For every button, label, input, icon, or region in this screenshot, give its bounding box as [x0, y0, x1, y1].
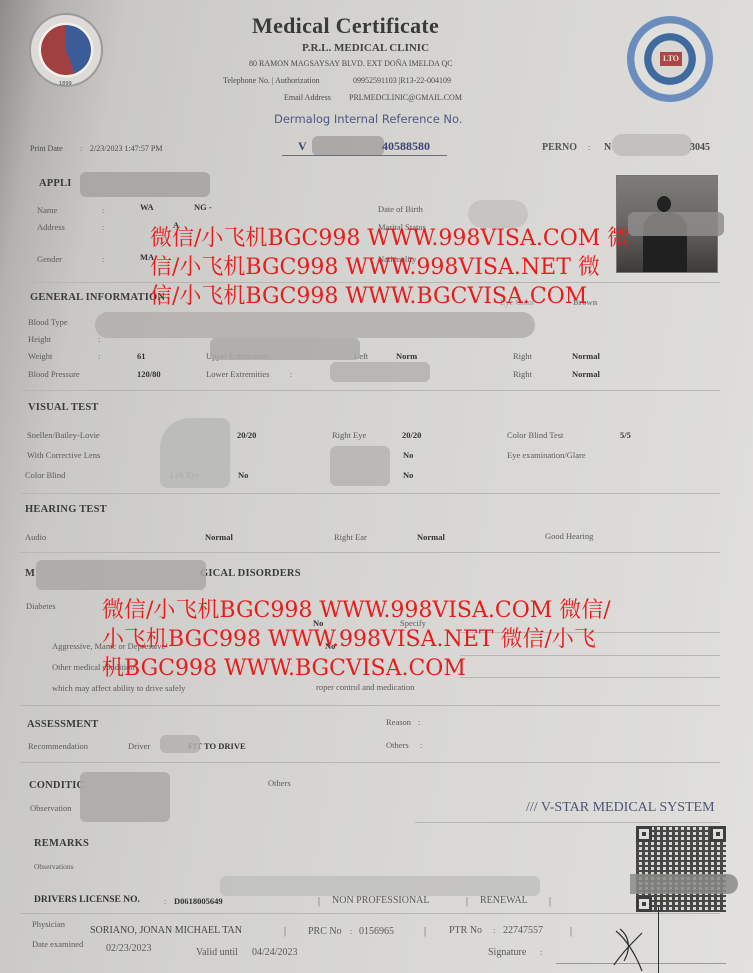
clinic-name: P.R.L. MEDICAL CLINIC [302, 42, 429, 54]
email-value: PRLMEDCLINIC@GMAIL.COM [349, 93, 462, 102]
prc-number: 0156965 [359, 926, 394, 937]
disorders-title: GICAL DISORDERS [200, 568, 301, 579]
perno-suffix: 3045 [690, 142, 710, 153]
print-date-label: Print Date [30, 144, 63, 153]
telephone-value: 09952591103 |R13-22-004109 [353, 76, 451, 85]
corrective-lens-value: No [403, 450, 413, 460]
license-type: NON PROFESSIONAL [332, 895, 430, 906]
ptr-number: 22747557 [503, 925, 543, 936]
watermark-block-1: 微信/小飞机BGC998 WWW.998VISA.COM 微 信/小飞机BGC9… [150, 224, 629, 311]
date-examined: 02/23/2023 [106, 943, 152, 954]
telephone-label: Telephone No. | Authorization [223, 76, 320, 85]
visual-test-title: VISUAL TEST [28, 402, 99, 413]
blood-pressure-value: 120/80 [137, 369, 161, 379]
lto-seal-icon: LTO [627, 16, 713, 102]
remarks-title: REMARKS [34, 838, 89, 849]
print-date-value: 2/23/2023 1:47:57 PM [90, 144, 162, 153]
vstar-system-label: /// V-STAR MEDICAL SYSTEM [526, 800, 715, 816]
right-ear-value: Normal [417, 532, 445, 542]
clinic-address: 80 RAMON MAGSAYSAY BLVD. EXT DOÑA IMELDA… [249, 59, 453, 68]
watermark-block-2: 微信/小飞机BGC998 WWW.998VISA.COM 微信/ 小飞机BGC9… [102, 596, 611, 683]
upper-right-value: Normal [572, 351, 600, 361]
assessment-title: ASSESSMENT [27, 719, 98, 730]
email-label: Email Address [284, 93, 331, 102]
weight-value: 61 [137, 351, 146, 361]
perno-prefix: N [604, 142, 611, 153]
department-of-transportation-seal-icon: 1899 [29, 13, 103, 87]
reference-prefix: V [298, 139, 307, 154]
reference-number: 40588580 [382, 139, 430, 154]
hearing-test-title: HEARING TEST [25, 504, 107, 515]
conditions-title: CONDITIC [29, 780, 84, 791]
left-eye-acuity: 20/20 [237, 430, 256, 440]
right-eye-acuity: 20/20 [402, 430, 421, 440]
qr-code [636, 826, 726, 912]
dermalog-label: Dermalog Internal Reference No. [274, 112, 463, 126]
color-blind-test-value: 5/5 [620, 430, 631, 440]
physician-signature [612, 925, 652, 973]
applicant-section-title: APPLI [39, 178, 72, 189]
applicant-name: WA [140, 202, 154, 212]
left-ear-value: Normal [205, 532, 233, 542]
color-blind-left-value: No [238, 470, 248, 480]
lower-right-value: Normal [572, 369, 600, 379]
valid-until-date: 04/24/2023 [252, 947, 298, 958]
drivers-license-number: D0618005649 [174, 896, 223, 906]
application-type: RENEWAL [480, 895, 528, 906]
redacted-block [312, 136, 384, 156]
color-blind-right-value: No [403, 470, 413, 480]
perno-label: PERNO [542, 142, 577, 153]
general-info-title: GENERAL INFORMATION [30, 292, 165, 303]
physician-name: SORIANO, JONAN MICHAEL TAN [90, 925, 242, 936]
upper-left-value: Norm [396, 351, 417, 361]
medical-certificate-page: 1899 LTO Medical Certificate P.R.L. MEDI… [0, 0, 753, 973]
page-title: Medical Certificate [252, 13, 439, 39]
